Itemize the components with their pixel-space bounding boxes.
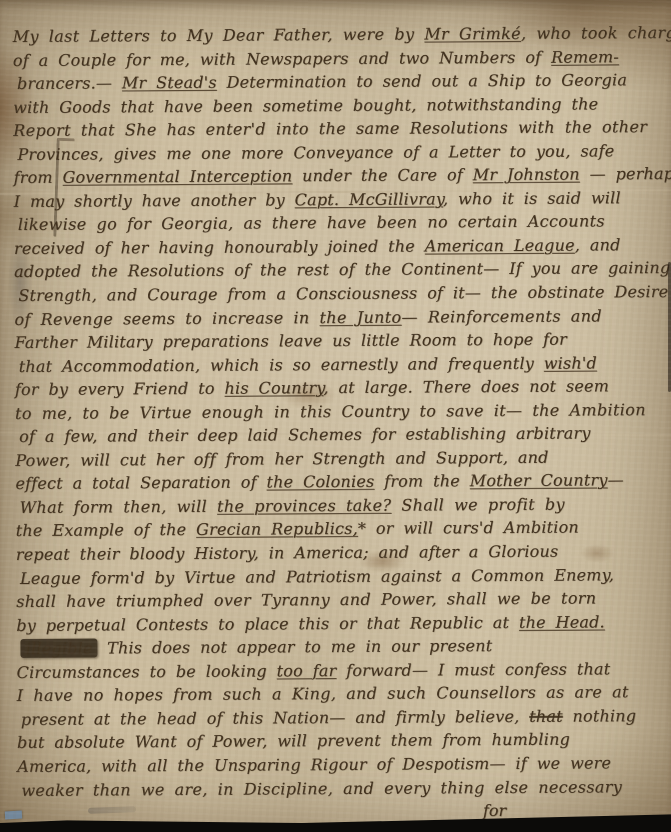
text-segment: Mr Grimké	[424, 24, 521, 44]
text-segment: I have no hopes from such a King, and su…	[17, 683, 629, 706]
manuscript-line: effect a total Separation of the Colonie…	[15, 468, 671, 496]
manuscript-line: Strength, and Courage from a Consciousne…	[18, 280, 670, 308]
text-segment: Provinces, gives me one more Conveyance …	[17, 141, 614, 164]
text-segment: Shall we profit by	[391, 495, 565, 515]
text-segment: , and	[575, 235, 621, 254]
text-segment: America, with all the Unsparing Rigour o…	[17, 753, 611, 776]
text-segment: his Country	[224, 378, 323, 398]
text-segment: the Colonies	[266, 472, 374, 492]
text-segment: nothing	[563, 706, 637, 725]
text-segment: of a Couple for me, with Newspapers and …	[13, 47, 551, 69]
text-segment: weaker than we are, in Discipline, and e…	[21, 777, 622, 800]
text-segment: Remem-	[551, 47, 619, 66]
text-segment: Grecian Republics,	[196, 519, 358, 539]
text-segment: Report that She has enter'd into the sam…	[13, 117, 647, 140]
text-segment: repeat their bloody History, in America;…	[16, 542, 559, 564]
text-segment: * or will curs'd Ambition	[358, 518, 579, 538]
scan-edge-strip	[0, 812, 671, 832]
text-segment: from the	[374, 472, 469, 492]
text-segment: Mother Country	[470, 471, 608, 491]
text-segment: the Example of the	[16, 520, 196, 540]
text-segment: with Goods that have been sometime bough…	[13, 94, 598, 117]
text-segment: wish'd	[544, 353, 597, 372]
manuscript-line: the Example of the Grecian Republics,* o…	[16, 515, 671, 543]
manuscript-line: My last Letters to My Dear Father, were …	[13, 21, 669, 49]
text-segment: adopted the Resolutions of the rest of t…	[14, 258, 670, 281]
text-segment: the Junto	[319, 307, 401, 327]
text-segment: , who took charge	[521, 23, 671, 43]
text-segment: American League	[425, 236, 575, 256]
pencil-mark	[88, 806, 136, 814]
text-segment: I may shortly have another by	[14, 190, 295, 211]
text-segment: under the Care of	[292, 165, 472, 185]
text-segment: brancers.—	[17, 73, 122, 93]
text-segment: Mr Johnston	[473, 165, 580, 185]
text-segment: —	[608, 471, 624, 490]
text-segment: , at large. There does not seem	[323, 377, 609, 398]
manuscript-line: America, with all the Unsparing Rigour o…	[17, 751, 671, 779]
text-segment: Strength, and Courage from a Consciousne…	[18, 282, 668, 305]
text-segment: League form'd by Virtue and Patriotism a…	[20, 565, 614, 588]
text-segment: forward— I must confess that	[336, 659, 610, 680]
text-segment: effect a total Separation of	[15, 473, 266, 494]
text-segment: received of her having honourably joined…	[14, 236, 425, 258]
text-segment: Capt. McGillivray	[295, 189, 443, 209]
text-segment: to me, to be Virtue enough in this Count…	[15, 400, 646, 423]
manuscript-line: shall have triumphed over Tyranny and Po…	[16, 586, 671, 614]
scribbled-out-text: illegible	[20, 639, 97, 658]
text-segment: Power, will cut her off from her Strengt…	[15, 448, 548, 470]
manuscript-line: brancers.— Mr Stead's Determination to s…	[17, 68, 669, 96]
text-segment: This does not appear to me in our presen…	[97, 636, 492, 657]
text-segment: Circumstances to be looking	[17, 661, 277, 682]
text-segment: shall have triumphed over Tyranny and Po…	[16, 589, 596, 612]
letter-text: My last Letters to My Dear Father, were …	[13, 21, 671, 802]
text-segment: from	[14, 168, 63, 187]
text-segment: likewise go for Georgia, as there have b…	[18, 212, 605, 235]
text-segment: Determination to send out a Ship to Geor…	[217, 70, 627, 92]
text-segment: — Reinforcements and	[401, 306, 602, 326]
text-segment: of a few, and their deep laid Schemes fo…	[19, 424, 591, 446]
text-segment: My last Letters to My Dear Father, were …	[13, 24, 425, 46]
manuscript-page: My last Letters to My Dear Father, were …	[0, 0, 671, 832]
text-segment: What form then, will	[20, 497, 218, 517]
manuscript-line: by perpetual Contests to place this or t…	[16, 610, 671, 638]
text-segment: — perhaps	[580, 164, 671, 184]
text-segment: of Revenge seems to increase in	[14, 308, 319, 329]
manuscript-line: of a few, and their deep laid Schemes fo…	[19, 421, 671, 449]
text-segment: Mr Stead's	[122, 73, 217, 93]
text-segment: , who it is said will	[443, 188, 621, 208]
text-segment: Governmental Interception	[62, 167, 292, 187]
text-segment: by perpetual Contests to place this or t…	[16, 613, 519, 635]
text-segment: but absolute Want of Power, will prevent…	[17, 730, 570, 752]
text-segment: present at the head of this Nation— and …	[21, 707, 529, 729]
text-segment: the provinces take?	[217, 496, 391, 516]
manuscript-line: present at the head of this Nation— and …	[21, 704, 671, 732]
text-segment: for by every Friend to	[15, 379, 225, 399]
text-segment: that	[529, 707, 563, 726]
text-segment: that Accommodation, which is so earnestl…	[19, 353, 544, 375]
text-segment: too far	[277, 661, 337, 680]
manuscript-line: weaker than we are, in Discipline, and e…	[21, 774, 671, 802]
catchword: for	[483, 801, 506, 820]
archive-label	[5, 811, 22, 820]
text-segment: the Head.	[519, 612, 605, 632]
text-segment: Farther Military preparations leave us l…	[15, 330, 567, 352]
manuscript-line: of Revenge seems to increase in the Junt…	[14, 304, 670, 332]
